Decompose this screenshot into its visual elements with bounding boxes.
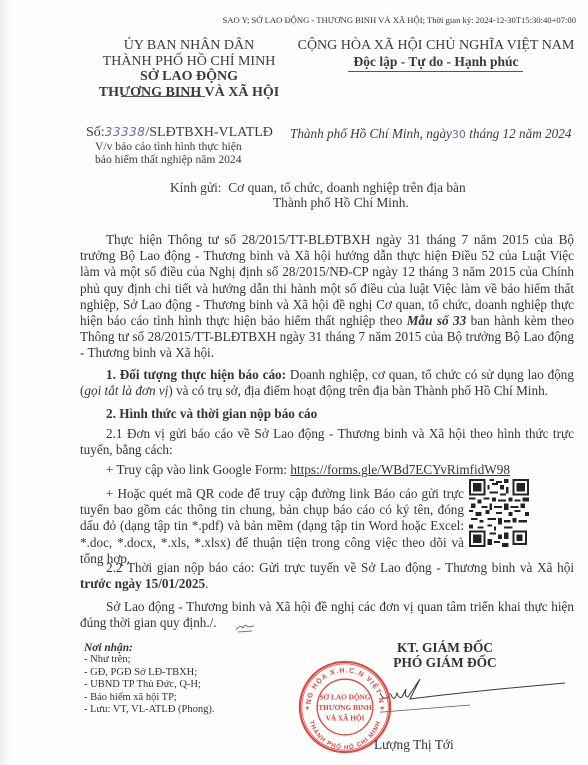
signature-title-1: KT. GIÁM ĐỐC	[340, 640, 550, 655]
nation-motto: Độc lập - Tự do - Hạnh phúc	[286, 54, 586, 70]
recipient-block: Kính gửi: Cơ quan, tổ chức, doanh nghiệp…	[170, 180, 466, 210]
section1-heading: 1. Đối tượng thực hiện báo cáo:	[106, 367, 286, 382]
date-prefix: Thành phố Hồ Chí Minh, ngày	[290, 126, 452, 141]
recipients-title: Nơi nhận:	[84, 642, 215, 654]
section-2-2: 2.2 Thời gian nộp báo cáo: Gửi trực tuyế…	[80, 560, 574, 592]
option2-text: + Hoặc quét mã QR code để truy cập đường…	[80, 486, 464, 567]
section-2-heading: 2. Hình thức và thời gian nộp báo cáo	[80, 406, 574, 422]
recipient-item: - Lưu: VT, VL-ATLĐ (Phong).	[84, 704, 215, 716]
issuer-header: ỦY BAN NHÂN DÂN THÀNH PHỐ HỒ CHÍ MINH SỞ…	[84, 38, 294, 100]
date-day-handwritten: 30	[452, 128, 466, 141]
national-header: CỘNG HÒA XÃ HỘI CHỦ NGHĨA VIỆT NAM Độc l…	[286, 38, 586, 69]
document-page: SAO Y; SỞ LAO ĐỘNG - THƯƠNG BINH VÀ XÃ H…	[0, 0, 588, 765]
document-subject: V/v báo cáo tình hình thực hiện bảo hiểm…	[95, 140, 242, 166]
nation-title: CỘNG HÒA XÃ HỘI CHỦ NGHĨA VIỆT NAM	[286, 38, 586, 54]
section2-2-end: .	[205, 576, 208, 591]
option1-label: + Truy cập vào link Google Form:	[106, 462, 290, 477]
handwritten-signature-icon	[380, 675, 570, 715]
section-1: 1. Đối tượng thực hiện báo cáo: Doanh ng…	[80, 367, 574, 399]
section-2-1: 2.1 Đơn vị gửi báo cáo về Sở Lao động - …	[80, 426, 574, 458]
motto-underline	[348, 71, 523, 72]
recipients-list: Nơi nhận: - Như trên; - GĐ, PGĐ Sở LĐ-TB…	[84, 642, 215, 716]
handwritten-initials-icon	[234, 620, 258, 634]
intro-paragraph: Thực hiện Thông tư số 28/2015/TT-BLĐTBXH…	[80, 232, 574, 362]
closing-paragraph: Sở Lao động - Thương binh và Xã hội đề n…	[80, 599, 574, 631]
section1-italic: gọi tắt là đơn vị	[84, 383, 168, 398]
issuer-line1: ỦY BAN NHÂN DÂN	[84, 38, 294, 54]
recipient-item: - UBND TP Thủ Đức, Q-H;	[84, 679, 215, 691]
subject-line2: bảo hiểm thất nghiệp năm 2024	[95, 153, 242, 166]
number-suffix: /SLĐTBXH-VLATLĐ	[145, 125, 273, 140]
recipient-item: - GĐ, PGĐ Sở LĐ-TBXH;	[84, 667, 215, 679]
document-number: Số:33338/SLĐTBXH-VLATLĐ	[86, 125, 273, 141]
recipient-item: - Bảo hiểm xã hội TP;	[84, 692, 215, 704]
date-suffix: tháng 12 năm 2024	[466, 126, 572, 141]
svg-text:★: ★	[305, 705, 310, 712]
svg-text:VÀ XÃ HỘI: VÀ XÃ HỘI	[326, 712, 365, 722]
recipient-item: - Như trên;	[84, 654, 215, 666]
svg-text:THÀNH PHỐ HỒ CHÍ MINH: THÀNH PHỐ HỒ CHÍ MINH	[308, 720, 383, 752]
google-form-link[interactable]: https://forms.gle/WBd7ECYvRimfidW98	[290, 462, 510, 477]
issuer-underline	[121, 96, 205, 97]
recipient-label: Kính gửi:	[170, 180, 222, 195]
number-label: Số:	[86, 125, 105, 140]
subject-line1: V/v báo cáo tình hình thực hiện	[95, 140, 242, 153]
section2-heading: 2. Hình thức và thời gian nộp báo cáo	[80, 406, 574, 422]
option-google-form: + Truy cập vào link Google Form: https:/…	[80, 462, 574, 478]
digital-signature-stamp: SAO Y; SỞ LAO ĐỘNG - THƯƠNG BINH VÀ XÃ H…	[223, 15, 576, 25]
section2-1-text: 2.1 Đơn vị gửi báo cáo về Sở Lao động - …	[80, 426, 574, 458]
svg-text:★: ★	[380, 705, 385, 712]
signer-name: Lượng Thị Tới	[374, 737, 454, 753]
svg-text:SỞ LAO ĐỘNG: SỞ LAO ĐỘNG	[320, 691, 371, 701]
issuer-line2: THÀNH PHỐ HỒ CHÍ MINH	[84, 54, 294, 70]
qr-code-icon[interactable]	[469, 479, 529, 547]
section1-text-end: ) và có trụ sở, địa điểm hoạt động trên …	[168, 383, 548, 398]
issuer-line4: THƯƠNG BINH VÀ XÃ HỘI	[84, 85, 294, 101]
closing-text: Sở Lao động - Thương binh và Xã hội đề n…	[80, 599, 574, 631]
document-date: Thành phố Hồ Chí Minh, ngày30 tháng 12 n…	[290, 126, 571, 142]
issuer-line3: SỞ LAO ĐỘNG	[84, 69, 294, 85]
section2-2-text: 2.2 Thời gian nộp báo cáo: Gửi trực tuyế…	[106, 560, 574, 575]
number-handwritten: 33338	[105, 125, 146, 139]
recipient-line2: Thành phố Hồ Chí Minh.	[170, 195, 466, 210]
option-qr: + Hoặc quét mã QR code để truy cập đường…	[80, 486, 464, 567]
recipient-line1: Cơ quan, tổ chức, doanh nghiệp trên địa …	[228, 180, 465, 195]
form-reference: Mẫu số 33	[407, 313, 466, 328]
submission-deadline: trước ngày 15/01/2025	[80, 576, 205, 591]
svg-text:THƯƠNG BINH: THƯƠNG BINH	[318, 704, 372, 712]
